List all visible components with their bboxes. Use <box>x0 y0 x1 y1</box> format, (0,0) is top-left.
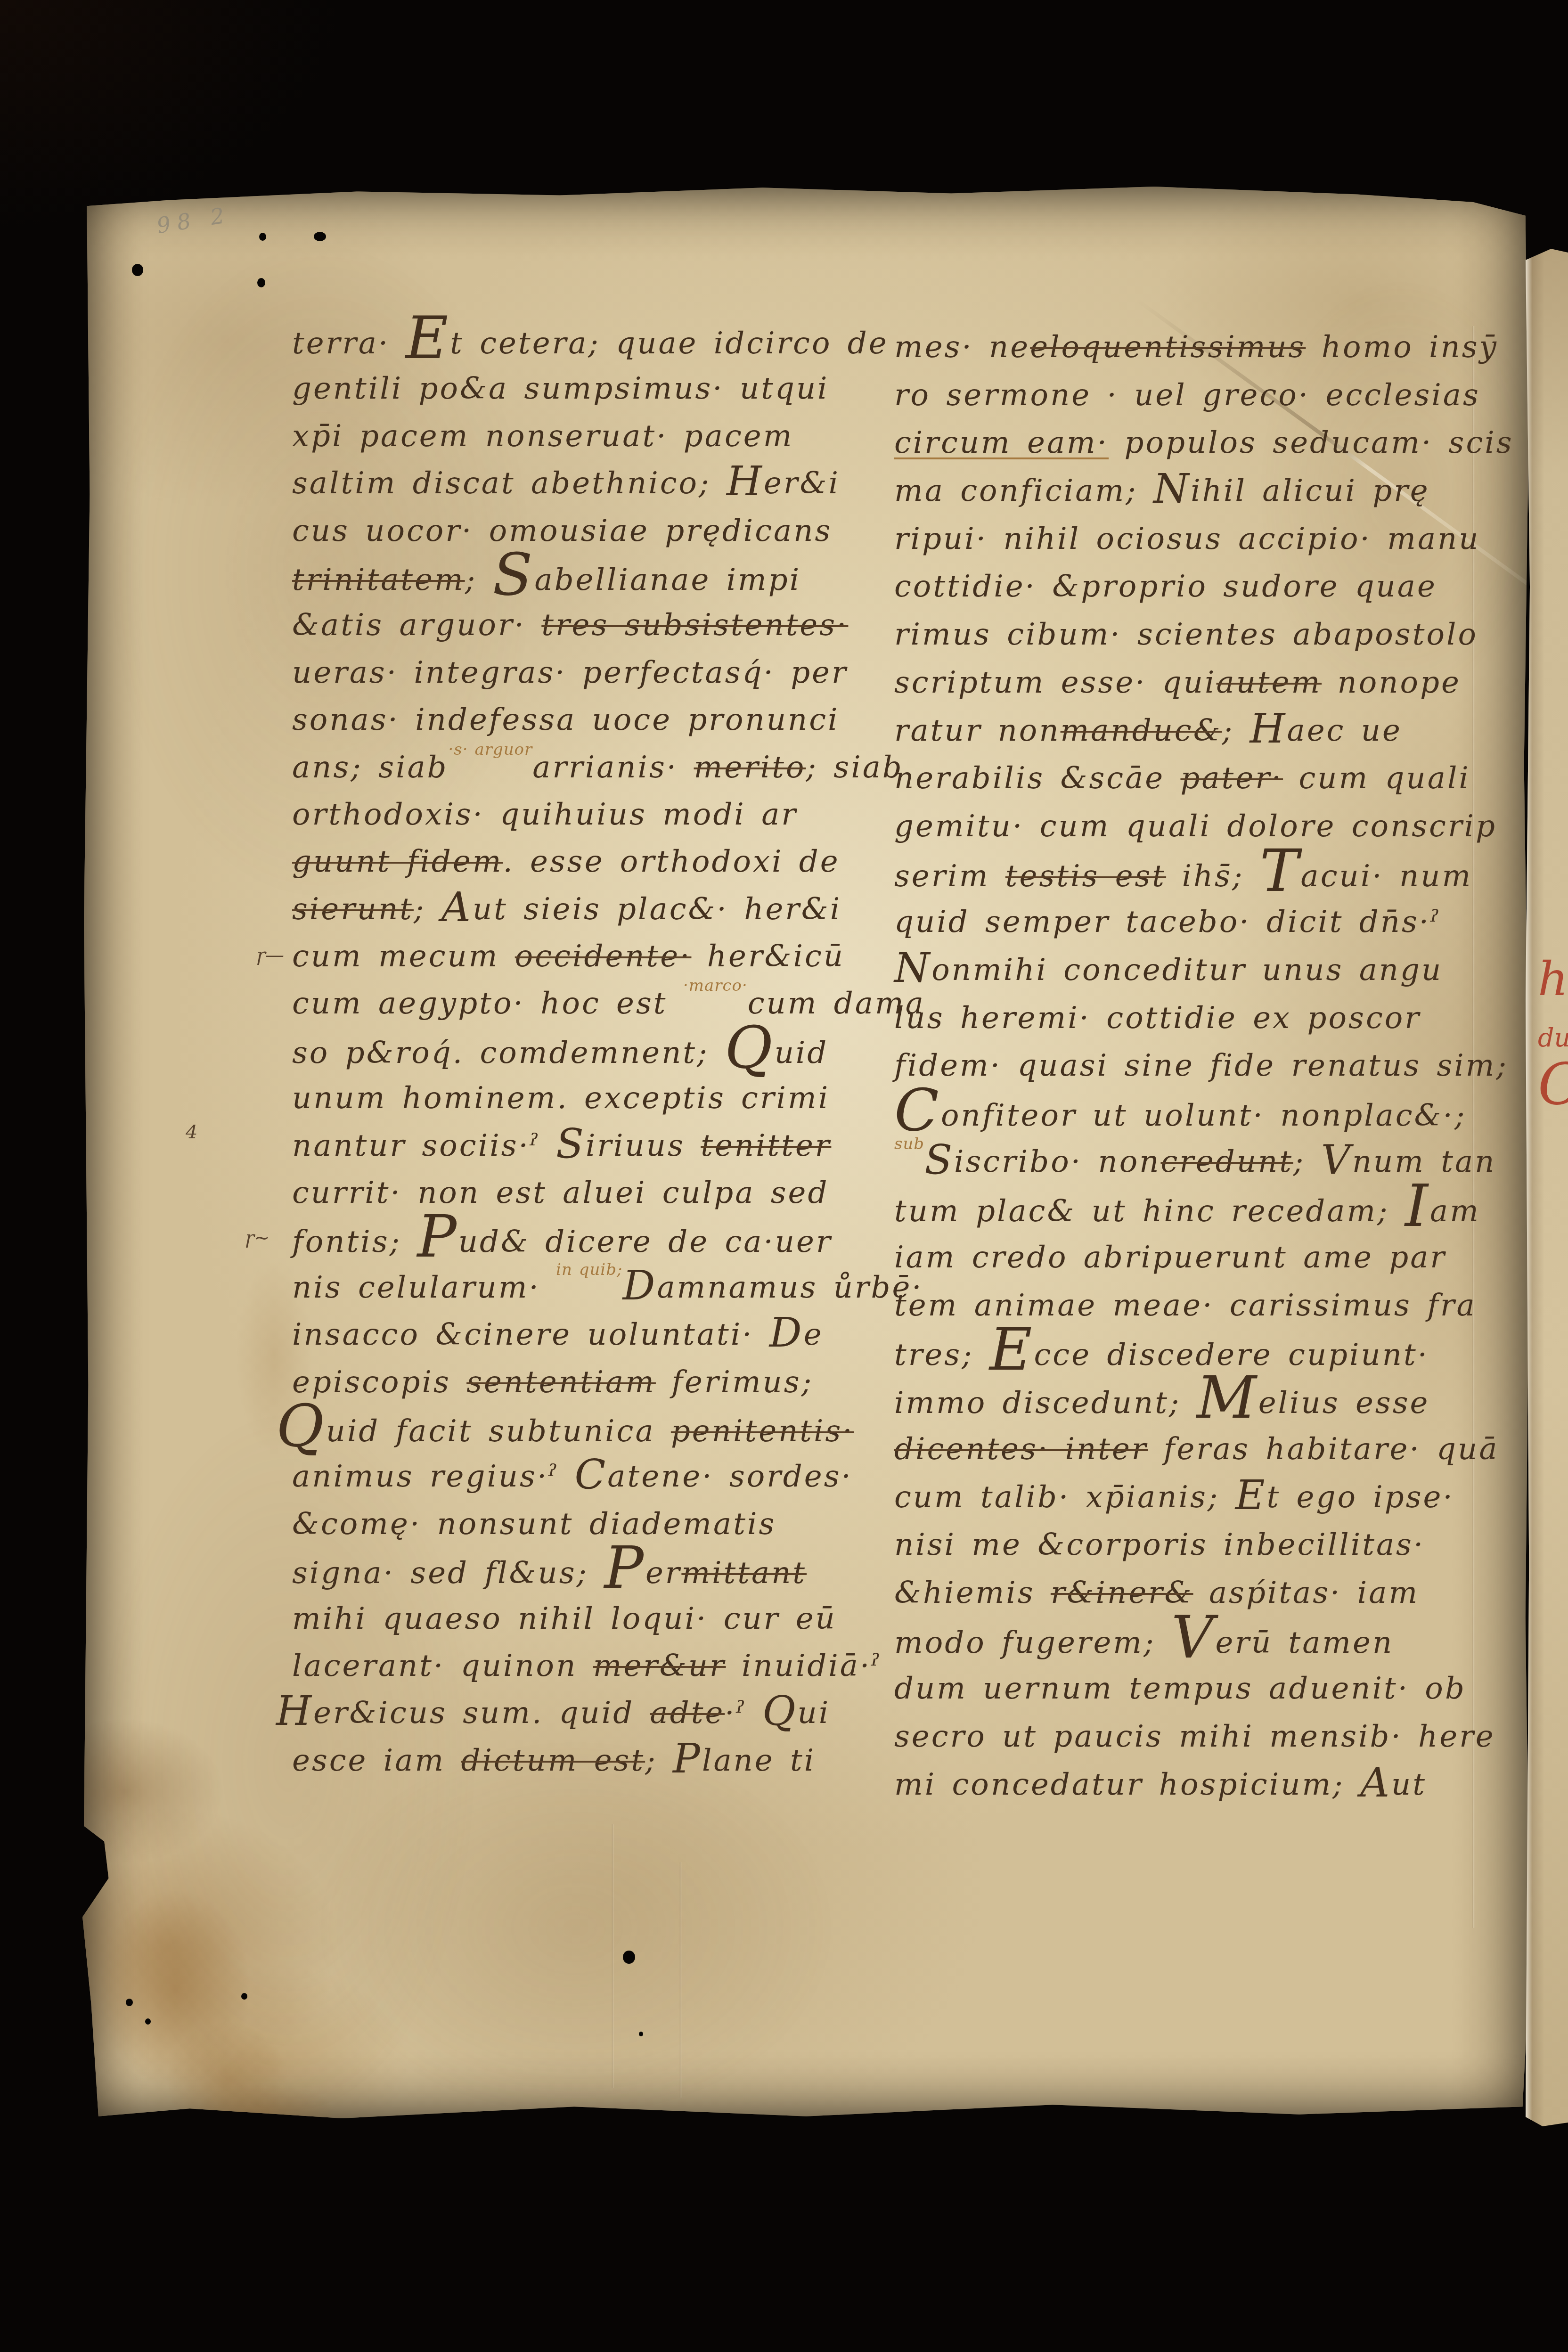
text-line: lacerant· quinon mer&ur inuidiā·ˀ <box>292 1649 925 1696</box>
text-line: ripui· nihil ociosus accipio· manu <box>894 522 1514 570</box>
text-segment: insacco &cinere uoluntati· <box>292 1317 769 1352</box>
initial-letter: N <box>1153 465 1191 513</box>
text-segment: unum hominem. exceptis crimi <box>292 1081 830 1116</box>
text-segment: elius esse <box>1258 1386 1430 1421</box>
text-line: ans; siab·s· arguorarrianis· merito; sia… <box>292 750 925 797</box>
text-segment: nonope <box>1322 665 1461 700</box>
text-segment: t cetera; quae idcirco de <box>450 326 889 361</box>
pencil-folio-note: 98 2 <box>155 202 233 238</box>
text-segment: nisi me &corporis inbecillitas· <box>894 1527 1425 1562</box>
text-line: ratur nonmanduc&; Haec ue <box>894 713 1514 761</box>
worm-hole <box>639 2032 643 2036</box>
text-line: esce iam dictum est; Plane ti <box>292 1743 925 1790</box>
text-segment: esce iam <box>292 1743 461 1778</box>
facing-page-edge: hdu-C <box>1526 249 1568 2126</box>
text-segment: ratur non <box>894 713 1061 748</box>
text-segment: penitentis· <box>671 1414 854 1449</box>
text-segment: sententiam <box>466 1365 656 1400</box>
text-line: unum hominem. exceptis crimi <box>292 1081 925 1128</box>
text-line: episcopis sententiam ferimus; <box>292 1365 925 1412</box>
text-segment: occidente· <box>515 939 692 974</box>
interlinear-gloss: in quib; <box>556 1260 622 1279</box>
text-segment: secro ut paucis mihi mensib· here <box>894 1719 1495 1754</box>
initial-letter: M <box>1197 1364 1258 1432</box>
initial-letter: P <box>673 1735 702 1782</box>
text-segment: mihi quaeso nihil loqui· cur eū <box>292 1601 837 1636</box>
text-segment: tum plac& ut hinc recedam; <box>894 1194 1405 1229</box>
text-line: fidem· quasi sine fide renatus sim; <box>894 1048 1514 1096</box>
text-segment: ; <box>465 563 493 597</box>
text-line: Nonmihi conceditur unus angu <box>894 953 1514 1001</box>
text-segment: tenitter <box>701 1128 831 1163</box>
text-line: iam credo abripuerunt ame par <box>894 1240 1514 1288</box>
margin-mark: ꞅ— <box>256 944 284 966</box>
initial-letter: D <box>769 1309 804 1356</box>
text-segment: orthodoxis· quihuius modi ar <box>292 797 798 832</box>
initial-letter: E <box>989 1316 1034 1384</box>
text-segment: fidem· quasi sine fide renatus sim; <box>894 1048 1508 1083</box>
text-segment: populos seducam· scis <box>1109 425 1514 460</box>
initial-letter: A <box>1360 1759 1391 1806</box>
text-segment: adte <box>650 1696 725 1731</box>
text-segment: onmihi conceditur unus angu <box>931 953 1443 988</box>
text-segment: currit· non est aluei culpa sed <box>292 1176 829 1210</box>
text-segment: her&icū <box>691 939 845 974</box>
stain <box>194 2083 335 2140</box>
text-line: rimus cibum· scientes abapostolo <box>894 617 1514 665</box>
text-segment: pater· <box>1180 761 1283 796</box>
text-segment: dicentes· inter <box>894 1432 1148 1467</box>
rubric-fragment: h <box>1538 955 1568 1003</box>
text-line: modo fugerem; Verū tamen <box>894 1624 1514 1672</box>
text-segment: &comę· nonsunt diadematis <box>292 1507 776 1542</box>
text-segment: ans; siab <box>292 750 449 785</box>
text-segment: iriuus <box>586 1128 701 1163</box>
text-segment: er&i <box>764 466 840 501</box>
text-segment: mes· ne <box>894 330 1030 365</box>
text-segment: modo fugerem; <box>894 1625 1171 1660</box>
text-segment: ; <box>1222 713 1250 748</box>
worm-hole <box>623 1951 635 1964</box>
text-segment: ut <box>1391 1767 1427 1802</box>
manuscript-photo: 98 2 ꞅ—4ꞅ~ terra· Et cetera; quae idcirc… <box>0 0 1568 2352</box>
text-segment: nerabilis &scāe <box>894 761 1180 796</box>
text-line: orthodoxis· quihuius modi ar <box>292 797 925 844</box>
initial-letter: E <box>406 304 450 372</box>
text-segment: ihil alicui prę <box>1191 474 1429 508</box>
rubric-fragment: du- <box>1538 1025 1568 1051</box>
text-segment: cum quali <box>1283 761 1470 796</box>
text-line: cum talib· xp̄ianis; Et ego ipse· <box>894 1480 1514 1528</box>
text-segment: credunt <box>1160 1144 1293 1179</box>
text-segment: testis est <box>1005 859 1166 894</box>
initial-letter: N <box>894 945 931 992</box>
text-segment: lane ti <box>702 1743 816 1778</box>
text-line: saltim discat abethnico; Her&i <box>292 466 925 513</box>
initial-letter: Q <box>276 1392 326 1460</box>
text-segment: uid facit subtunica <box>326 1414 671 1449</box>
text-segment: animus regius·ˀ <box>292 1459 575 1494</box>
text-segment: immo discedunt; <box>894 1386 1197 1421</box>
text-line: nerabilis &scāe pater· cum quali <box>894 761 1514 809</box>
text-segment: ·ˀ <box>725 1696 762 1731</box>
text-segment: circum eam· <box>894 425 1109 460</box>
text-line: cum mecum occidente· her&icū <box>292 939 925 986</box>
text-segment: am <box>1430 1194 1480 1229</box>
text-segment: tem animae meae· carissimus fra <box>894 1288 1477 1323</box>
initial-letter: I <box>1405 1172 1430 1240</box>
text-segment: trinitatem <box>292 563 465 597</box>
text-segment: cus uocor· omousiae prędicans <box>292 514 832 548</box>
text-segment: homo insȳ <box>1306 330 1498 365</box>
parchment-grain <box>317 1739 835 2116</box>
text-line: secro ut paucis mihi mensib· here <box>894 1719 1514 1767</box>
text-line: mihi quaeso nihil loqui· cur eū <box>292 1601 925 1649</box>
initial-letter: Q <box>725 1014 775 1082</box>
text-line: ro sermone · uel greco· ecclesias <box>894 378 1514 426</box>
initial-letter: S <box>556 1120 586 1168</box>
text-line: sierunt; Aut sieis plac&· her&i <box>292 892 925 939</box>
interlinear-gloss: sub <box>894 1135 924 1153</box>
text-line: lus heremi· cottidie ex poscor <box>894 1001 1514 1049</box>
crease <box>679 1862 682 2098</box>
text-segment: inuidiā·ˀ <box>726 1649 882 1683</box>
text-line: Her&icus sum. quid adte·ˀ Qui <box>276 1696 925 1743</box>
text-line: immo discedunt; Melius esse <box>894 1384 1514 1432</box>
text-segment: cum mecum <box>292 939 515 974</box>
text-line: mes· neeloquentissimus homo insȳ <box>894 330 1514 378</box>
text-line: insacco &cinere uoluntati· De <box>292 1317 925 1364</box>
crease <box>612 1824 614 2088</box>
text-line: dum uernum tempus aduenit· ob <box>894 1671 1514 1719</box>
text-line: currit· non est aluei culpa sed <box>292 1176 925 1223</box>
initial-letter: V <box>1171 1604 1216 1672</box>
text-segment: dum uernum tempus aduenit· ob <box>894 1671 1466 1706</box>
text-segment: ripui· nihil ociosus accipio· manu <box>894 522 1480 556</box>
text-segment: ihs̄; <box>1166 859 1260 894</box>
initial-letter: Q <box>762 1688 798 1735</box>
rubric-fragment: C <box>1538 1055 1568 1113</box>
initial-letter: H <box>276 1688 313 1735</box>
text-segment: ; siab <box>806 750 903 785</box>
text-segment: t ego ipse· <box>1266 1480 1454 1515</box>
text-segment: mer&ur <box>593 1649 726 1683</box>
text-line: mi concedatur hospicium; Aut <box>894 1767 1514 1815</box>
text-line: cottidie· &proprio sudore quae <box>894 569 1514 617</box>
text-segment: lus heremi· cottidie ex poscor <box>894 1001 1421 1036</box>
text-segment: mi concedatur hospicium; <box>894 1767 1360 1802</box>
text-segment: so p&roq́. comdemnent; <box>292 1036 725 1070</box>
text-segment: iscribo· non <box>954 1144 1160 1179</box>
text-segment: aec ue <box>1287 713 1402 748</box>
text-segment: ; <box>414 892 441 927</box>
text-segment: sonas· indefessa uoce pronunci <box>292 702 839 737</box>
text-line: serim testis est ihs̄; Tacui· num <box>894 857 1514 905</box>
worm-hole <box>145 2018 151 2025</box>
text-segment: quid semper tacebo· dicit dn̄s·ˀ <box>894 905 1441 939</box>
text-line: Confiteor ut uolunt· nonplac&·; <box>894 1096 1514 1144</box>
text-segment: asṕitas· iam <box>1193 1576 1420 1610</box>
text-segment: ueras· integras· perfectasq́· per <box>292 655 848 690</box>
text-segment: cum aegypto· hoc est <box>292 986 683 1021</box>
worm-hole <box>314 232 326 241</box>
text-segment: scriptum esse· qui <box>894 665 1216 700</box>
text-line: tum plac& ut hinc recedam; Iam <box>894 1192 1514 1240</box>
text-segment: ut sieis plac&· her&i <box>473 892 841 927</box>
text-line: ueras· integras· perfectasq́· per <box>292 655 925 702</box>
worm-hole <box>257 278 265 287</box>
text-segment: cum talib· xp̄ianis; <box>894 1480 1235 1515</box>
text-segment: gemitu· cum quali dolore conscrip <box>894 809 1497 844</box>
text-segment: signa· sed fl&us; <box>292 1556 604 1591</box>
text-segment: ud& dicere de ca·uer <box>458 1225 833 1259</box>
text-segment: terra· <box>292 326 406 361</box>
text-line: trinitatem; Sabellianae impi <box>292 561 925 608</box>
text-line: signa· sed fl&us; Permittant <box>292 1554 925 1601</box>
text-column-left: terra· Et cetera; quae idcirco degentili… <box>292 324 925 1790</box>
initial-letter: E <box>1235 1472 1267 1519</box>
text-line: ma conficiam; Nihil alicui prę <box>894 474 1514 522</box>
initial-letter: D <box>622 1262 657 1309</box>
text-line: so p&roq́. comdemnent; Quid <box>292 1034 925 1081</box>
text-segment: ferimus; <box>656 1365 813 1400</box>
text-segment: ma conficiam; <box>894 474 1153 508</box>
initial-letter: P <box>417 1203 458 1271</box>
text-segment: &atis arguor· <box>292 608 541 643</box>
text-segment: fontis; <box>292 1225 417 1259</box>
text-line: gemitu· cum quali dolore conscrip <box>894 809 1514 857</box>
text-line: circum eam· populos seducam· scis <box>894 425 1514 474</box>
stain <box>166 2022 288 2135</box>
initial-letter: S <box>924 1136 954 1184</box>
text-segment: dictum est <box>461 1743 645 1778</box>
text-segment: saltim discat abethnico; <box>292 466 727 501</box>
text-segment: cottidie· &proprio sudore quae <box>894 569 1437 604</box>
text-line: sonas· indefessa uoce pronunci <box>292 702 925 750</box>
text-line: terra· Et cetera; quae idcirco de <box>292 324 925 371</box>
text-segment: ui <box>797 1696 830 1731</box>
text-segment: gentili po&a sumpsimus· utqui <box>292 371 829 406</box>
text-segment: &hiemis <box>894 1576 1051 1610</box>
text-segment: iam credo abripuerunt ame par <box>894 1240 1446 1275</box>
text-segment: eloquentissimus <box>1030 330 1306 365</box>
text-segment: rimus cibum· scientes abapostolo <box>894 617 1478 652</box>
worm-hole <box>132 264 143 276</box>
text-segment: atene· sordes· <box>607 1459 853 1494</box>
text-line: xp̄i pacem nonseruat· pacem <box>292 419 925 466</box>
text-segment: nis celularum· <box>292 1270 556 1305</box>
text-segment: autem <box>1216 665 1322 700</box>
text-segment: serim <box>894 859 1005 894</box>
worm-hole <box>241 1993 247 2000</box>
initial-letter: T <box>1260 837 1301 905</box>
text-line: animus regius·ˀ Catene· sordes· <box>292 1459 925 1506</box>
text-segment: . esse orthodoxi de <box>503 844 840 879</box>
text-segment: feras habitare· quā <box>1148 1432 1499 1467</box>
text-segment: arrianis· <box>532 750 694 785</box>
text-segment: ro sermone · uel greco· ecclesias <box>894 378 1480 413</box>
text-segment: erū tamen <box>1215 1625 1394 1660</box>
text-segment: guunt fidem <box>292 844 503 879</box>
text-line: &atis arguor· tres subsistentes· <box>292 608 925 655</box>
margin-mark: 4 <box>186 1121 197 1143</box>
text-line: cus uocor· omousiae prędicans <box>292 514 925 561</box>
initial-letter: P <box>604 1534 645 1602</box>
text-segment: merito <box>694 750 806 785</box>
text-line: scriptum esse· quiautem nonope <box>894 665 1514 713</box>
text-line: dicentes· inter feras habitare· quā <box>894 1432 1514 1480</box>
manuscript-page: 98 2 ꞅ—4ꞅ~ terra· Et cetera; quae idcirc… <box>81 185 1531 2120</box>
initial-letter: H <box>1250 705 1287 752</box>
text-line: nisi me &corporis inbecillitas· <box>894 1527 1514 1576</box>
text-segment: e <box>804 1317 824 1352</box>
text-segment: tres; <box>894 1338 989 1372</box>
interlinear-gloss: ·marco· <box>683 976 748 995</box>
text-segment: ; <box>645 1743 673 1778</box>
worm-hole <box>126 1999 133 2006</box>
initial-letter: S <box>493 541 535 609</box>
text-line: tem animae meae· carissimus fra <box>894 1288 1514 1336</box>
text-line: nantur sociis·ˀ Siriuus tenitter <box>292 1128 925 1176</box>
text-segment: lacerant· quinon <box>292 1649 593 1683</box>
initial-letter: V <box>1321 1136 1352 1184</box>
interlinear-gloss: ·s· arguor <box>449 740 533 759</box>
text-segment: ; <box>1293 1144 1321 1179</box>
text-line: cum aegypto· hoc est ·marco·cum dama <box>292 986 925 1033</box>
worm-hole <box>259 233 266 241</box>
text-segment: amnamus ůrbē· <box>657 1270 923 1305</box>
text-segment: sierunt <box>292 892 414 927</box>
text-segment: mittant <box>681 1556 807 1591</box>
text-column-right: mes· neeloquentissimus homo insȳro sermo… <box>894 330 1514 1815</box>
text-segment: er <box>645 1556 681 1591</box>
text-segment: abellianae impi <box>534 563 801 597</box>
text-segment: manduc& <box>1061 713 1222 748</box>
initial-letter: H <box>727 458 764 505</box>
text-line: nis celularum· in quib;Damnamus ůrbē· <box>292 1270 925 1317</box>
text-segment: acui· num <box>1301 859 1473 894</box>
initial-letter: C <box>575 1451 608 1498</box>
text-segment: uid <box>775 1036 829 1070</box>
text-segment: xp̄i pacem nonseruat· pacem <box>292 419 793 454</box>
text-segment: onfiteor ut uolunt· nonplac&·; <box>941 1098 1467 1133</box>
text-line: guunt fidem. esse orthodoxi de <box>292 844 925 891</box>
text-segment: nantur sociis·ˀ <box>292 1128 556 1163</box>
text-segment: er&icus sum. quid <box>313 1696 650 1731</box>
initial-letter: A <box>441 884 473 931</box>
text-line: quid semper tacebo· dicit dn̄s·ˀ <box>894 905 1514 953</box>
margin-mark: ꞅ~ <box>245 1227 270 1249</box>
text-line: gentili po&a sumpsimus· utqui <box>292 371 925 418</box>
text-segment: tres subsistentes· <box>541 608 848 643</box>
